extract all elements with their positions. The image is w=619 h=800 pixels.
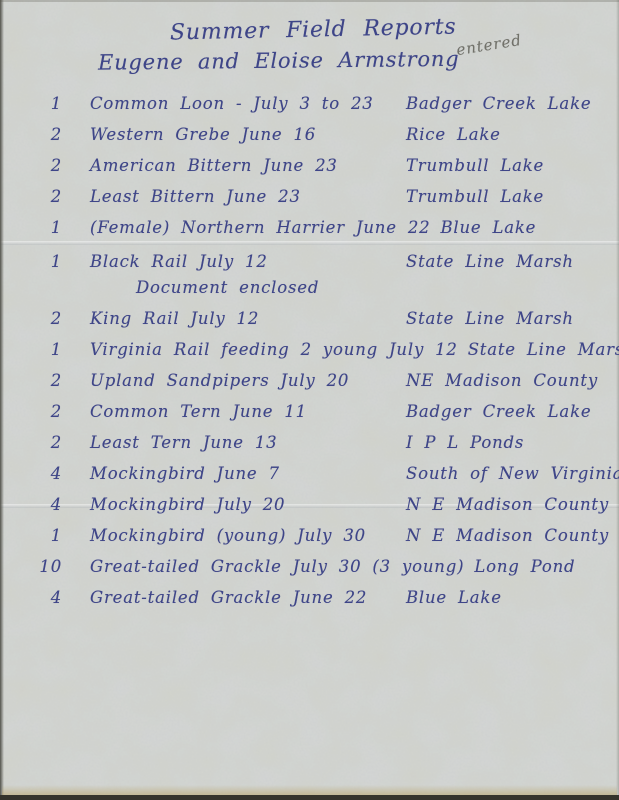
entry-row: 4Great-tailed Grackle June 22Blue Lake [36,588,601,611]
entry-count: 2 [36,156,62,175]
entry-location: Long Pond [474,557,575,576]
entry-count: 2 [36,309,62,328]
entry-location: Badger Creek Lake [406,94,591,113]
entry-species-date: Virginia Rail feeding 2 young July 12 [90,340,468,359]
entry-location: Trumbull Lake [406,156,544,175]
entry-row: 2Common Tern June 11Badger Creek Lake [36,402,601,425]
entry-location: Badger Creek Lake [406,402,591,421]
byline: Eugene and Eloise Armstrong [98,45,601,74]
entry-location: Blue Lake [440,218,536,237]
entry-species-date: Great-tailed Grackle June 22 [90,588,406,607]
entry-species-date: King Rail July 12 [90,309,406,328]
entry-count: 1 [36,526,62,545]
page-title: Summer Field Reports [170,11,601,45]
entry-species-date: Upland Sandpipers July 20 [90,371,406,390]
entry-location: Rice Lake [406,125,501,144]
entry-row: 2Western Grebe June 16Rice Lake [36,125,601,148]
entry-row: 2King Rail July 12State Line Marsh [36,309,601,332]
entry-count: 2 [36,371,62,390]
entry-location: State Line Marsh [406,309,574,328]
entry-location: Trumbull Lake [406,187,544,206]
entry-species-date: Mockingbird June 7 [90,464,406,483]
entries-list: 1Common Loon - July 3 to 23Badger Creek … [36,94,601,611]
entry-location: State Line Marsh [406,252,574,271]
entry-count: 1 [36,218,62,237]
entry-row: 2Least Tern June 13I P L Ponds [36,433,601,456]
entry-species-date: Mockingbird (young) July 30 [90,526,406,545]
entry-location: I P L Ponds [406,433,524,452]
entry-species-date: Least Tern June 13 [90,433,406,452]
entry-location: South of New Virginia [406,464,619,483]
entry-species-date: Mockingbird July 20 [90,495,406,514]
entry-species-date: Western Grebe June 16 [90,125,406,144]
entry-species-date: Black Rail July 12 [90,252,406,271]
entry-species-date: American Bittern June 23 [90,156,406,175]
entry-location: N E Madison County [406,526,609,545]
entry-count: 4 [36,495,62,514]
entry-row: 1Common Loon - July 3 to 23Badger Creek … [36,94,601,117]
page-content: Summer Field Reports Eugene and Eloise A… [0,0,619,800]
entry-count: 10 [36,557,62,576]
entry-count: 4 [36,464,62,483]
entry-row: 2Least Bittern June 23Trumbull Lake [36,187,601,210]
entry-count: 2 [36,125,62,144]
entry-species-date: (Female) Northern Harrier June 22 [90,218,440,237]
entry-count: 2 [36,402,62,421]
entry-row: 4Mockingbird July 20N E Madison County [36,495,601,518]
entry-count: 1 [36,252,62,271]
entry-count: 4 [36,588,62,607]
entry-row: 2Upland Sandpipers July 20NE Madison Cou… [36,371,601,394]
entry-count: 1 [36,94,62,113]
entry-location: N E Madison County [406,495,609,514]
entry-species-date: Common Loon - July 3 to 23 [90,94,406,113]
entry-species-date: Great-tailed Grackle July 30 (3 young) [90,557,474,576]
entry-location: Blue Lake [406,588,502,607]
entry-row: 1Mockingbird (young) July 30N E Madison … [36,526,601,549]
entry-count: 2 [36,433,62,452]
entry-species-date: Least Bittern June 23 [90,187,406,206]
entry-location: State Line Marsh [468,340,619,359]
entry-row: 1Virginia Rail feeding 2 young July 12St… [36,340,601,363]
entry-row: 4Mockingbird June 7South of New Virginia [36,464,601,487]
entry-species-date: Common Tern June 11 [90,402,406,421]
entry-row: 2American Bittern June 23Trumbull Lake [36,156,601,179]
entry-row: 1(Female) Northern Harrier June 22Blue L… [36,218,601,241]
entry-count: 2 [36,187,62,206]
entry-note: Document enclosed [136,278,601,301]
entry-row: 10Great-tailed Grackle July 30 (3 young)… [36,557,601,580]
entry-row: 1Black Rail July 12State Line Marsh [36,252,601,275]
entry-location: NE Madison County [406,371,598,390]
entry-count: 1 [36,340,62,359]
scanned-page: Summer Field Reports Eugene and Eloise A… [0,0,619,800]
